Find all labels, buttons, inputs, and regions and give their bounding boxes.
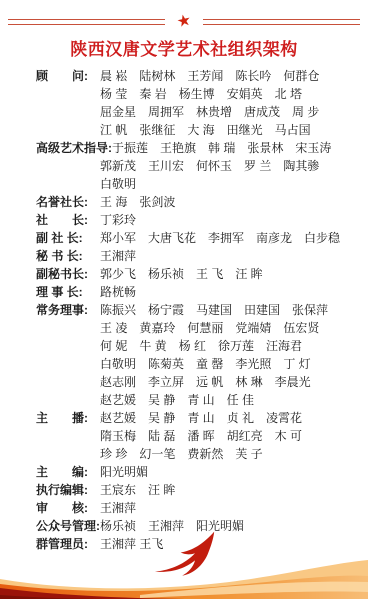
roster-line: 赵艺媛 吴 静 青 山 任 佳 [36,391,368,409]
roster-line: 主 播:赵艺媛 吴 静 青 山 贞 礼 凌霄花 [36,409,368,427]
names-text: 白敬明 陈菊英 童 罄 李光照 丁 灯 [100,355,311,373]
role-label: 副秘书长: [36,265,100,283]
roster: 顾 问:晨 崧 陆树林 王芳闻 陈长吟 何群仓杨 莹 秦 岩 杨生博 安娟英 北… [36,67,368,553]
roster-line: 常务理事:陈振兴 杨宁霞 马建国 田建国 张保萍 [36,301,368,319]
roster-line: 高级艺术指导:于振莲 王艳旗 韩 瑞 张景林 宋玉涛 [36,139,368,157]
names-text: 赵志刚 李立屏 远 帆 林 琳 李晨光 [100,373,311,391]
names-text: 陈振兴 杨宁霞 马建国 田建国 张保萍 [100,301,328,319]
names-text: 于振莲 王艳旗 韩 瑞 张景林 宋玉涛 [112,139,331,157]
role-label: 执行编辑: [36,481,100,499]
header-divider: ★ [8,14,360,30]
names-text: 郭新茂 王川宏 何怀玉 罗 兰 陶其骖 [100,157,319,175]
names-text: 赵艺媛 吴 静 青 山 任 佳 [100,391,254,409]
page: ★ 陕西汉唐文学艺术社组织架构 顾 问:晨 崧 陆树林 王芳闻 陈长吟 何群仓杨… [0,0,368,599]
page-title: 陕西汉唐文学艺术社组织架构 [0,35,368,60]
names-text: 晨 崧 陆树林 王芳闻 陈长吟 何群仓 [100,67,319,85]
names-text: 江 帆 张继征 大 海 田继光 马占国 [100,121,311,139]
roster-line: 白敬明 [36,175,368,193]
role-label [36,391,100,409]
names-text: 隋玉梅 陆 磊 潘 晖 胡红亮 木 可 [100,427,302,445]
names-text: 屈金星 周拥军 林贵增 唐成茂 周 步 [100,103,319,121]
star-icon: ★ [175,13,192,32]
role-label: 理 事 长: [36,283,100,301]
roster-line: 理 事 长:路桄畅 [36,283,368,301]
names-text: 珍 珍 幻一笔 费新然 芙 子 [100,445,263,463]
divider-line-left [8,19,165,25]
roster-line: 顾 问:晨 崧 陆树林 王芳闻 陈长吟 何群仓 [36,67,368,85]
role-label: 名誉社长: [36,193,100,211]
role-label: 主 编: [36,463,100,481]
roster-line: 王 凌 黄嘉玲 何慧丽 党端婧 伍宏贤 [36,319,368,337]
names-text: 王 海 张剑波 [100,193,175,211]
role-label: 顾 问: [36,67,100,85]
roster-line: 副 社 长:郑小军 大唐飞花 李拥军 南彦龙 白步稳 [36,229,368,247]
role-label: 常务理事: [36,301,100,319]
roster-line: 审 核:王湘萍 [36,499,368,517]
role-label [36,427,100,445]
role-label: 高级艺术指导: [36,139,112,157]
roster-line: 执行编辑:王宸东 汪 眸 [36,481,368,499]
role-label: 副 社 长: [36,229,100,247]
role-label [36,355,100,373]
names-text: 赵艺媛 吴 静 青 山 贞 礼 凌霄花 [100,409,302,427]
names-text: 王 凌 黄嘉玲 何慧丽 党端婧 伍宏贤 [100,319,319,337]
roster-line: 杨 莹 秦 岩 杨生博 安娟英 北 塔 [36,85,368,103]
names-text: 阳光明媚 [100,463,148,481]
roster-line: 名誉社长:王 海 张剑波 [36,193,368,211]
role-label: 审 核: [36,499,100,517]
roster-line: 白敬明 陈菊英 童 罄 李光照 丁 灯 [36,355,368,373]
names-text: 郭少飞 杨乐祯 王 飞 汪 眸 [100,265,263,283]
roster-line: 珍 珍 幻一笔 费新然 芙 子 [36,445,368,463]
roster-line: 赵志刚 李立屏 远 帆 林 琳 李晨光 [36,373,368,391]
role-label [36,319,100,337]
role-label [36,445,100,463]
names-text: 郑小军 大唐飞花 李拥军 南彦龙 白步稳 [100,229,340,247]
names-text: 路桄畅 [100,283,136,301]
role-label [36,337,100,355]
names-text: 杨 莹 秦 岩 杨生博 安娟英 北 塔 [100,85,302,103]
role-label [36,103,100,121]
roster-line: 主 编:阳光明媚 [36,463,368,481]
roster-line: 屈金星 周拥军 林贵增 唐成茂 周 步 [36,103,368,121]
role-label [36,373,100,391]
roster-line: 隋玉梅 陆 磊 潘 晖 胡红亮 木 可 [36,427,368,445]
names-text: 白敬明 [100,175,136,193]
roster-line: 副秘书长:郭少飞 杨乐祯 王 飞 汪 眸 [36,265,368,283]
roster-line: 秘 书 长:王湘萍 [36,247,368,265]
roster-line: 江 帆 张继征 大 海 田继光 马占国 [36,121,368,139]
divider-line-right [203,19,360,25]
flying-bird-icon [0,530,363,578]
role-label: 主 播: [36,409,100,427]
names-text: 王宸东 汪 眸 [100,481,175,499]
roster-line: 社 长:丁彩玲 [36,211,368,229]
names-text: 丁彩玲 [100,211,136,229]
role-label [36,121,100,139]
role-label [36,85,100,103]
role-label: 秘 书 长: [36,247,100,265]
role-label: 社 长: [36,211,100,229]
names-text: 王湘萍 [100,247,136,265]
roster-line: 何 妮 牛 黄 杨 红 徐万莲 汪海君 [36,337,368,355]
footer-wave [0,551,368,599]
roster-line: 郭新茂 王川宏 何怀玉 罗 兰 陶其骖 [36,157,368,175]
role-label [36,157,100,175]
role-label [36,175,100,193]
names-text: 王湘萍 [100,499,136,517]
names-text: 何 妮 牛 黄 杨 红 徐万莲 汪海君 [100,337,302,355]
